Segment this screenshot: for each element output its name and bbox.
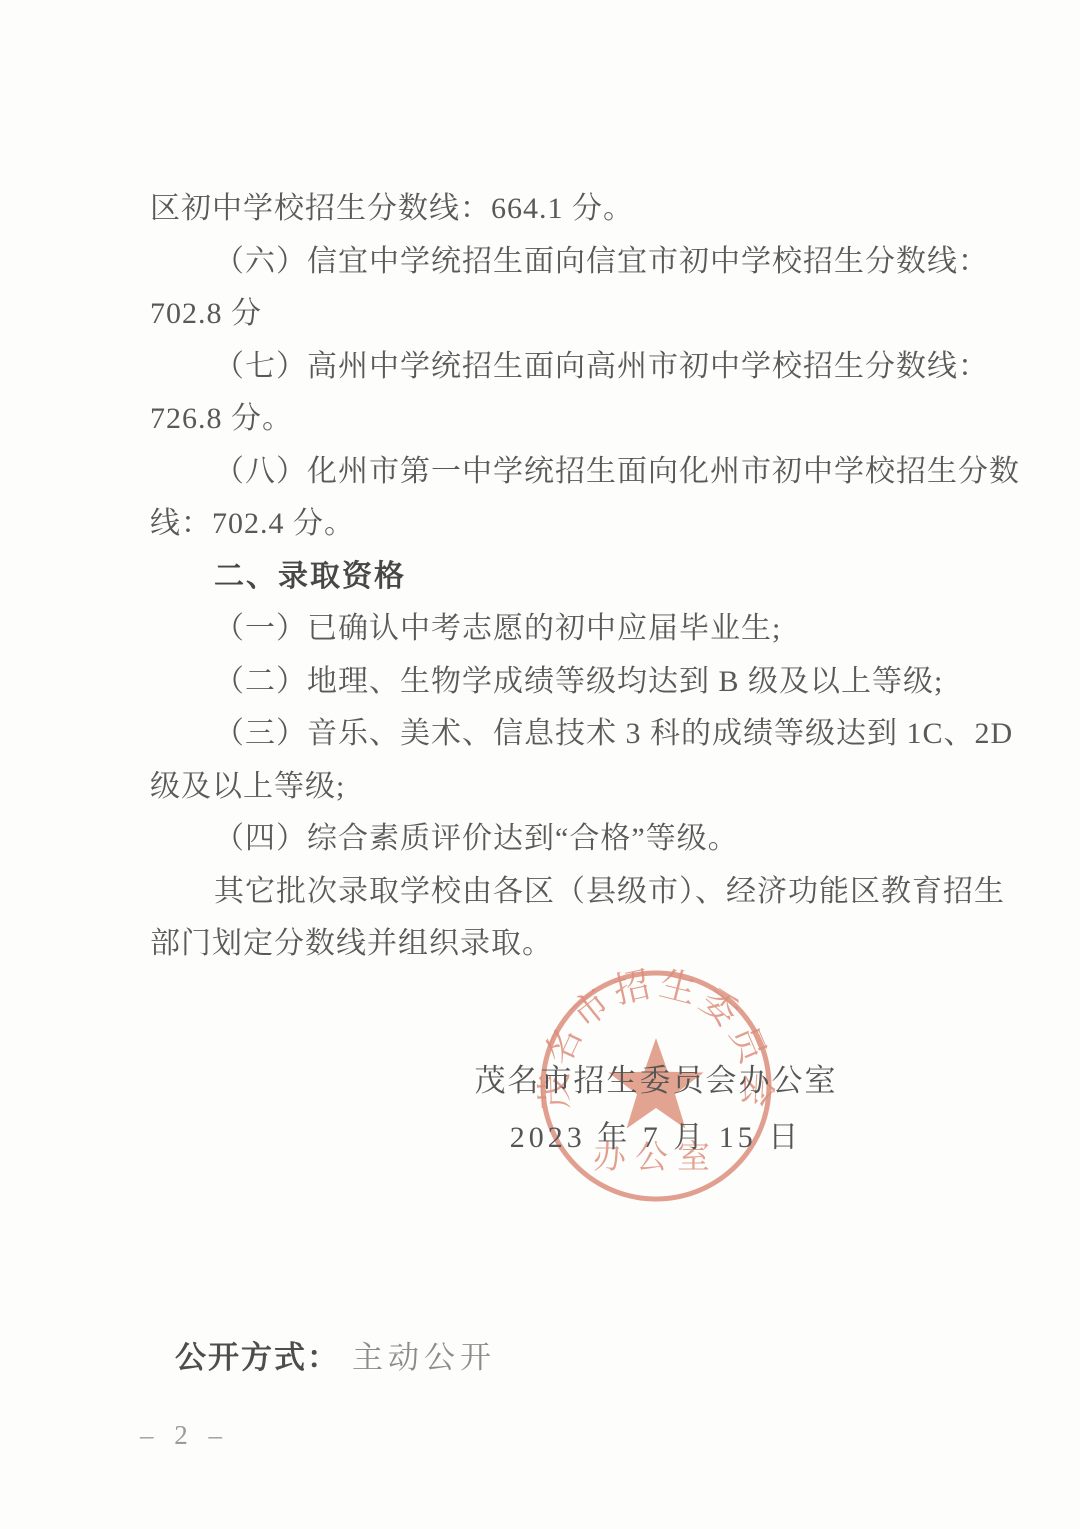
section-heading: 二、录取资格	[150, 551, 1030, 604]
body-line: （三）音乐、美术、信息技术 3 科的成绩等级达到 1C、2D	[150, 708, 1030, 761]
body-line: （六）信宜中学统招生面向信宜市初中学校招生分数线：	[150, 236, 1030, 289]
body-line: 部门划定分数线并组织录取。	[150, 918, 1030, 971]
signature-organization: 茂名市招生委员会办公室	[376, 1052, 936, 1110]
body-line: 726.8 分。	[150, 393, 1030, 446]
body-line: （八）化州市第一中学统招生面向化州市初中学校招生分数	[150, 446, 1030, 499]
body-line: 区初中学校招生分数线：664.1 分。	[150, 183, 1030, 236]
disclosure-value: 主动公开	[352, 1340, 496, 1375]
body-line: （七）高州中学统招生面向高州市初中学校招生分数线：	[150, 341, 1030, 394]
body-line: 702.8 分	[150, 288, 1030, 341]
page-number: – 2 –	[140, 1420, 229, 1451]
disclosure-label: 公开方式：	[175, 1340, 340, 1375]
body-line: 级及以上等级;	[150, 761, 1030, 814]
body-line: 线：702.4 分。	[150, 498, 1030, 551]
body-line: （四）综合素质评价达到“合格”等级。	[150, 813, 1030, 866]
signature-date: 2023 年 7 月 15 日	[376, 1110, 936, 1166]
body-line: （二）地理、生物学成绩等级均达到 B 级及以上等级;	[150, 656, 1030, 709]
body-line: 其它批次录取学校由各区（县级市）、经济功能区教育招生	[150, 866, 1030, 919]
document-body: 区初中学校招生分数线：664.1 分。（六）信宜中学统招生面向信宜市初中学校招生…	[150, 183, 1030, 971]
signature-block: 茂名市招生委员会办公室 2023 年 7 月 15 日	[376, 1052, 936, 1166]
body-line: （一）已确认中考志愿的初中应届毕业生;	[150, 603, 1030, 656]
disclosure-line: 公开方式：主动公开	[175, 1332, 496, 1377]
document-page: 区初中学校招生分数线：664.1 分。（六）信宜中学统招生面向信宜市初中学校招生…	[0, 0, 1080, 1529]
